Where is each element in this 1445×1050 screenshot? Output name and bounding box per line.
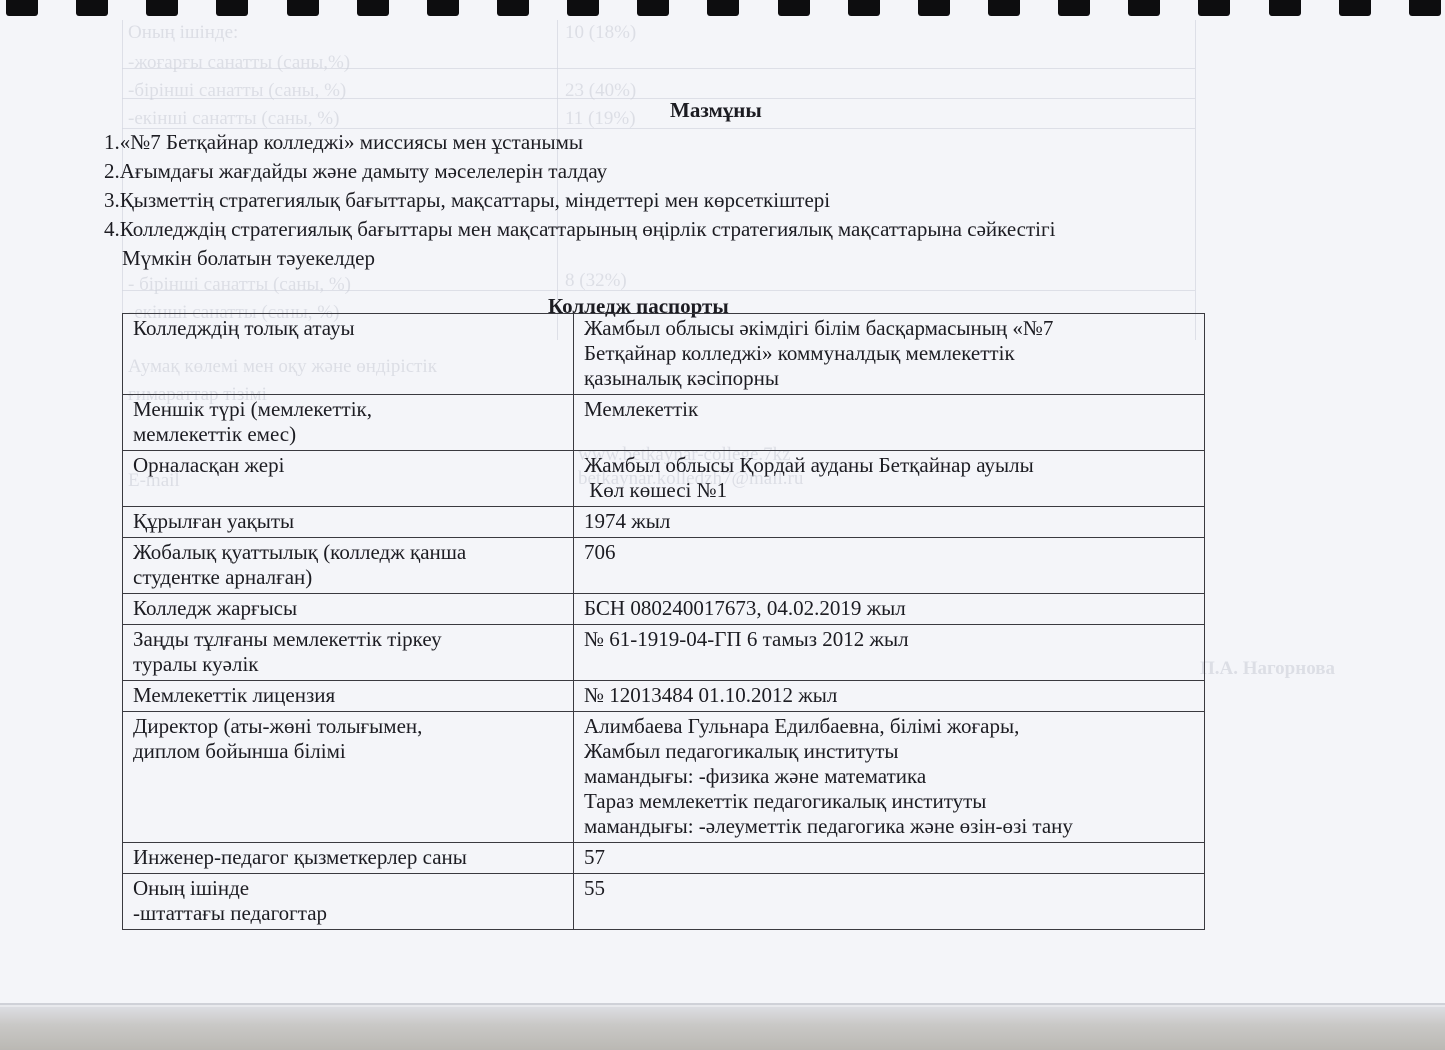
- table-row: Мемлекеттік лицензия № 12013484 01.10.20…: [123, 681, 1205, 712]
- binding-hole: [287, 0, 319, 16]
- ghost-text: - бірінші санатты (саны, %): [128, 274, 351, 296]
- binding-hole: [918, 0, 950, 16]
- row-value: 55: [574, 874, 1205, 930]
- binding-hole: [707, 0, 739, 16]
- row-value: Алимбаева Гульнара Едилбаевна, білімі жо…: [574, 712, 1205, 843]
- row-value: 57: [574, 843, 1205, 874]
- binding-hole: [848, 0, 880, 16]
- table-row: Колледж жарғысы БСН 080240017673, 04.02.…: [123, 594, 1205, 625]
- binding-hole: [357, 0, 389, 16]
- table-row: Құрылған уақыты 1974 жыл: [123, 507, 1205, 538]
- table-of-contents: 1.«№7 Бетқайнар колледжі» миссиясы мен ұ…: [104, 128, 1055, 273]
- row-key: Колледждің толық атауы: [123, 314, 574, 395]
- binding-hole: [76, 0, 108, 16]
- row-key: Оның ішінде -штаттағы педагогтар: [123, 874, 574, 930]
- row-value: Жамбыл облысы әкімдігі білім басқармасын…: [574, 314, 1205, 395]
- scanner-bed-edge: [0, 1005, 1445, 1050]
- row-value: БСН 080240017673, 04.02.2019 жыл: [574, 594, 1205, 625]
- ghost-text: Оның ішінде:: [128, 22, 238, 44]
- binding-hole: [146, 0, 178, 16]
- binding-hole: [637, 0, 669, 16]
- binding-hole: [216, 0, 248, 16]
- ghost-text: 23 (40%): [565, 80, 636, 102]
- row-value: № 61-1919-04-ГП 6 тамыз 2012 жыл: [574, 625, 1205, 681]
- ghost-text: П.А. Нагорнова: [1200, 658, 1335, 680]
- ghost-text: -екінші санатты (саны, %): [128, 108, 339, 130]
- spiral-binding: [0, 0, 1445, 20]
- row-key: Жобалық қуаттылық (колледж қанша студент…: [123, 538, 574, 594]
- table-row: Меншік түрі (мемлекеттік, мемлекеттік ем…: [123, 395, 1205, 451]
- binding-hole: [497, 0, 529, 16]
- binding-hole: [6, 0, 38, 16]
- row-value: 1974 жыл: [574, 507, 1205, 538]
- table-row: Жобалық қуаттылық (колледж қанша студент…: [123, 538, 1205, 594]
- row-value: Мемлекеттік: [574, 395, 1205, 451]
- binding-hole: [988, 0, 1020, 16]
- binding-hole: [778, 0, 810, 16]
- table-row: Орналасқан жері Жамбыл облысы Қордай ауд…: [123, 451, 1205, 507]
- binding-hole: [427, 0, 459, 16]
- row-key: Орналасқан жері: [123, 451, 574, 507]
- binding-hole: [1409, 0, 1441, 16]
- row-value: № 12013484 01.10.2012 жыл: [574, 681, 1205, 712]
- binding-hole: [1128, 0, 1160, 16]
- row-key: Құрылған уақыты: [123, 507, 574, 538]
- toc-sub-item: Мүмкін болатын тәуекелдер: [104, 244, 1055, 273]
- row-value: 706: [574, 538, 1205, 594]
- table-row: Заңды тұлғаны мемлекеттік тіркеу туралы …: [123, 625, 1205, 681]
- row-key: Мемлекеттік лицензия: [123, 681, 574, 712]
- ghost-text: 11 (19%): [565, 108, 636, 130]
- toc-title: Мазмұны: [670, 98, 762, 123]
- table-row: Директор (аты-жөні толығымен, диплом бой…: [123, 712, 1205, 843]
- row-key: Инженер-педагог қызметкерлер саны: [123, 843, 574, 874]
- row-value: Жамбыл облысы Қордай ауданы Бетқайнар ау…: [574, 451, 1205, 507]
- binding-hole: [1058, 0, 1090, 16]
- binding-hole: [1198, 0, 1230, 16]
- binding-hole: [1269, 0, 1301, 16]
- ghost-text: 8 (32%): [565, 270, 627, 292]
- ghost-text: 10 (18%): [565, 22, 636, 44]
- row-key: Меншік түрі (мемлекеттік, мемлекеттік ем…: [123, 395, 574, 451]
- ghost-text: -бірінші санатты (саны, %): [128, 80, 346, 102]
- ghost-text: -жоғарғы санатты (саны,%): [128, 52, 350, 74]
- table-row: Оның ішінде -штаттағы педагогтар 55: [123, 874, 1205, 930]
- toc-item: 4.Колледждің стратегиялық бағыттары мен …: [104, 215, 1055, 244]
- row-key: Директор (аты-жөні толығымен, диплом бой…: [123, 712, 574, 843]
- binding-hole: [1339, 0, 1371, 16]
- toc-item: 1.«№7 Бетқайнар колледжі» миссиясы мен ұ…: [104, 128, 1055, 157]
- college-passport-table: Колледждің толық атауы Жамбыл облысы әкі…: [122, 313, 1205, 930]
- table-row: Колледждің толық атауы Жамбыл облысы әкі…: [123, 314, 1205, 395]
- row-key: Заңды тұлғаны мемлекеттік тіркеу туралы …: [123, 625, 574, 681]
- binding-hole: [567, 0, 599, 16]
- toc-item: 3.Қызметтің стратегиялық бағыттары, мақс…: [104, 186, 1055, 215]
- toc-item: 2.Ағымдағы жағдайды және дамыту мәселеле…: [104, 157, 1055, 186]
- table-row: Инженер-педагог қызметкерлер саны 57: [123, 843, 1205, 874]
- row-key: Колледж жарғысы: [123, 594, 574, 625]
